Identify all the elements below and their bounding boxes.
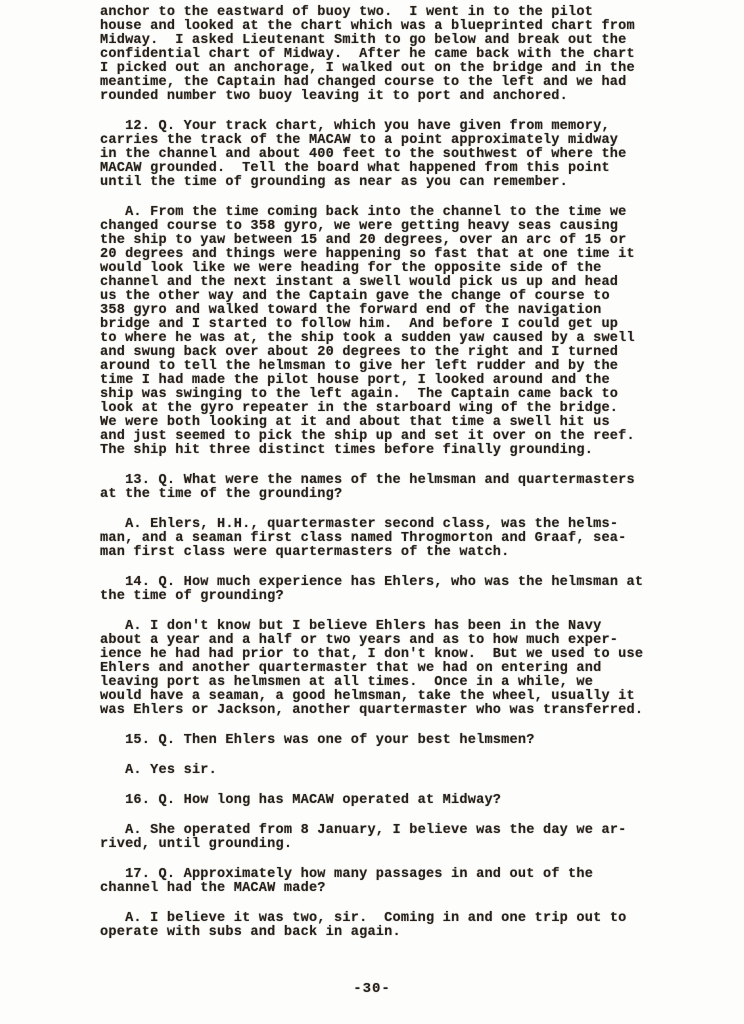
paragraph: A. From the time coming back into the ch… (100, 206, 696, 458)
paragraph: A. She operated from 8 January, I believ… (100, 824, 696, 852)
paragraph: 14. Q. How much experience has Ehlers, w… (100, 576, 696, 604)
paragraph: A. I don't know but I believe Ehlers has… (100, 620, 696, 718)
paragraph: 15. Q. Then Ehlers was one of your best … (100, 734, 696, 748)
paragraph: 16. Q. How long has MACAW operated at Mi… (100, 794, 696, 808)
paragraph: 12. Q. Your track chart, which you have … (100, 120, 696, 190)
page-number: -30- (0, 981, 744, 997)
paragraph: A. Ehlers, H.H., quartermaster second cl… (100, 518, 696, 560)
typewritten-text-block: anchor to the eastward of buoy two. I we… (100, 6, 696, 956)
paragraph: A. I believe it was two, sir. Coming in … (100, 912, 696, 940)
paragraph: A. Yes sir. (100, 764, 696, 778)
paragraph: 17. Q. Approximately how many passages i… (100, 868, 696, 896)
paragraph: 13. Q. What were the names of the helmsm… (100, 474, 696, 502)
paragraph: anchor to the eastward of buoy two. I we… (100, 6, 696, 104)
scanned-page: anchor to the eastward of buoy two. I we… (0, 0, 744, 1024)
